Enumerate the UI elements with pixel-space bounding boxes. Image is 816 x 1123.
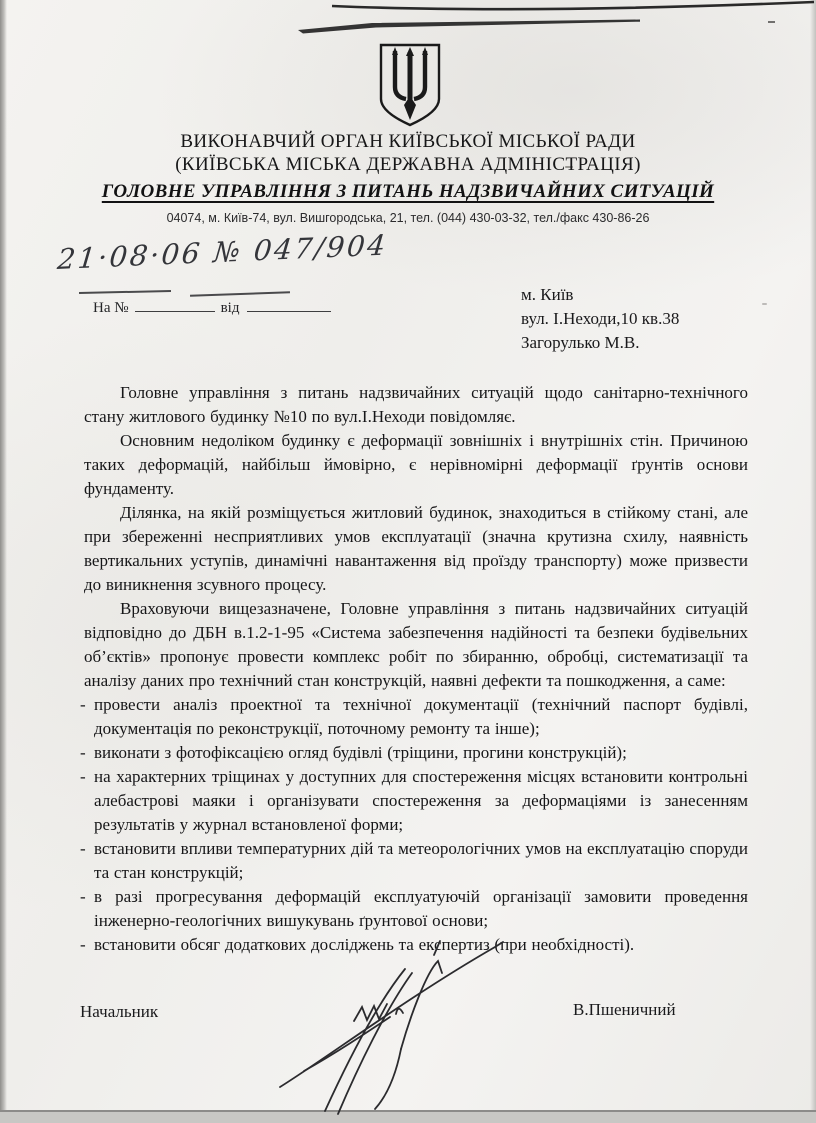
recipient-block: м. Київ вул. І.Неходи,10 кв.38 Загорульк… <box>521 283 679 355</box>
body-paragraph: Враховуючи вищезазначене, Головне управл… <box>84 597 748 693</box>
org-name-line1: ВИКОНАВЧИЙ ОРГАН КИЇВСЬКОЇ МІСЬКОЇ РАДИ <box>58 130 758 153</box>
scan-speck <box>762 303 767 305</box>
scanned-letter-page: ВИКОНАВЧИЙ ОРГАН КИЇВСЬКОЇ МІСЬКОЇ РАДИ … <box>0 0 816 1123</box>
list-item-marker: - <box>80 765 94 837</box>
body-paragraph: Ділянка, на якій розміщується житловий б… <box>84 501 748 597</box>
reply-vid-label: від <box>221 300 240 316</box>
list-item-text: на характерних тріщинах у доступних для … <box>94 765 748 837</box>
recipient-address: вул. І.Неходи,10 кв.38 <box>521 307 679 331</box>
body-paragraph: Головне управління з питань надзвичайних… <box>84 381 748 429</box>
list-item-marker: - <box>80 933 94 957</box>
list-item: - встановити впливи температурних дій та… <box>84 837 748 885</box>
handwritten-signature <box>258 925 608 1120</box>
reply-na-label: На № <box>93 300 129 316</box>
ukraine-trident-emblem <box>378 42 442 128</box>
signer-position: Начальник <box>80 1002 158 1022</box>
list-item-text: провести аналіз проектної та технічної д… <box>94 693 748 741</box>
page-edge-left <box>0 0 7 1123</box>
measures-list: - провести аналіз проектної та технічної… <box>84 693 748 957</box>
recipient-city: м. Київ <box>521 283 679 307</box>
date-underline <box>79 290 171 294</box>
list-item-marker: - <box>80 837 94 885</box>
list-item-marker: - <box>80 885 94 933</box>
department-name: ГОЛОВНЕ УПРАВЛІННЯ З ПИТАНЬ НАДЗВИЧАЙНИХ… <box>58 179 758 204</box>
list-item-marker: - <box>80 741 94 765</box>
letterhead: ВИКОНАВЧИЙ ОРГАН КИЇВСЬКОЇ МІСЬКОЇ РАДИ … <box>58 130 758 226</box>
list-item: - провести аналіз проектної та технічної… <box>84 693 748 741</box>
list-item: - на характерних тріщинах у доступних дл… <box>84 765 748 837</box>
recipient-name: Загорулько М.В. <box>521 331 679 355</box>
reply-reference-line: На №від <box>93 297 331 317</box>
scan-artifacts-top <box>0 0 816 42</box>
list-item-marker: - <box>80 693 94 741</box>
list-item: - виконати з фотофіксацією огляд будівлі… <box>84 741 748 765</box>
org-contact-line: 04074, м. Київ-74, вул. Вишгородська, 21… <box>58 211 758 226</box>
list-item-text: виконати з фотофіксацією огляд будівлі (… <box>94 741 748 765</box>
number-underline <box>190 291 290 296</box>
reply-date-blank <box>247 297 331 312</box>
handwritten-date-number: 21·08·06 № 047/904 <box>56 229 379 276</box>
reply-number-blank <box>135 297 215 312</box>
org-name-line2: (КИЇВСЬКА МІСЬКА ДЕРЖАВНА АДМІНІСТРАЦІЯ) <box>58 153 758 176</box>
body-paragraph: Основним недоліком будинку є деформації … <box>84 429 748 501</box>
letter-body: Головне управління з питань надзвичайних… <box>84 381 748 957</box>
page-edge-right <box>810 0 816 1123</box>
list-item-text: встановити впливи температурних дій та м… <box>94 837 748 885</box>
